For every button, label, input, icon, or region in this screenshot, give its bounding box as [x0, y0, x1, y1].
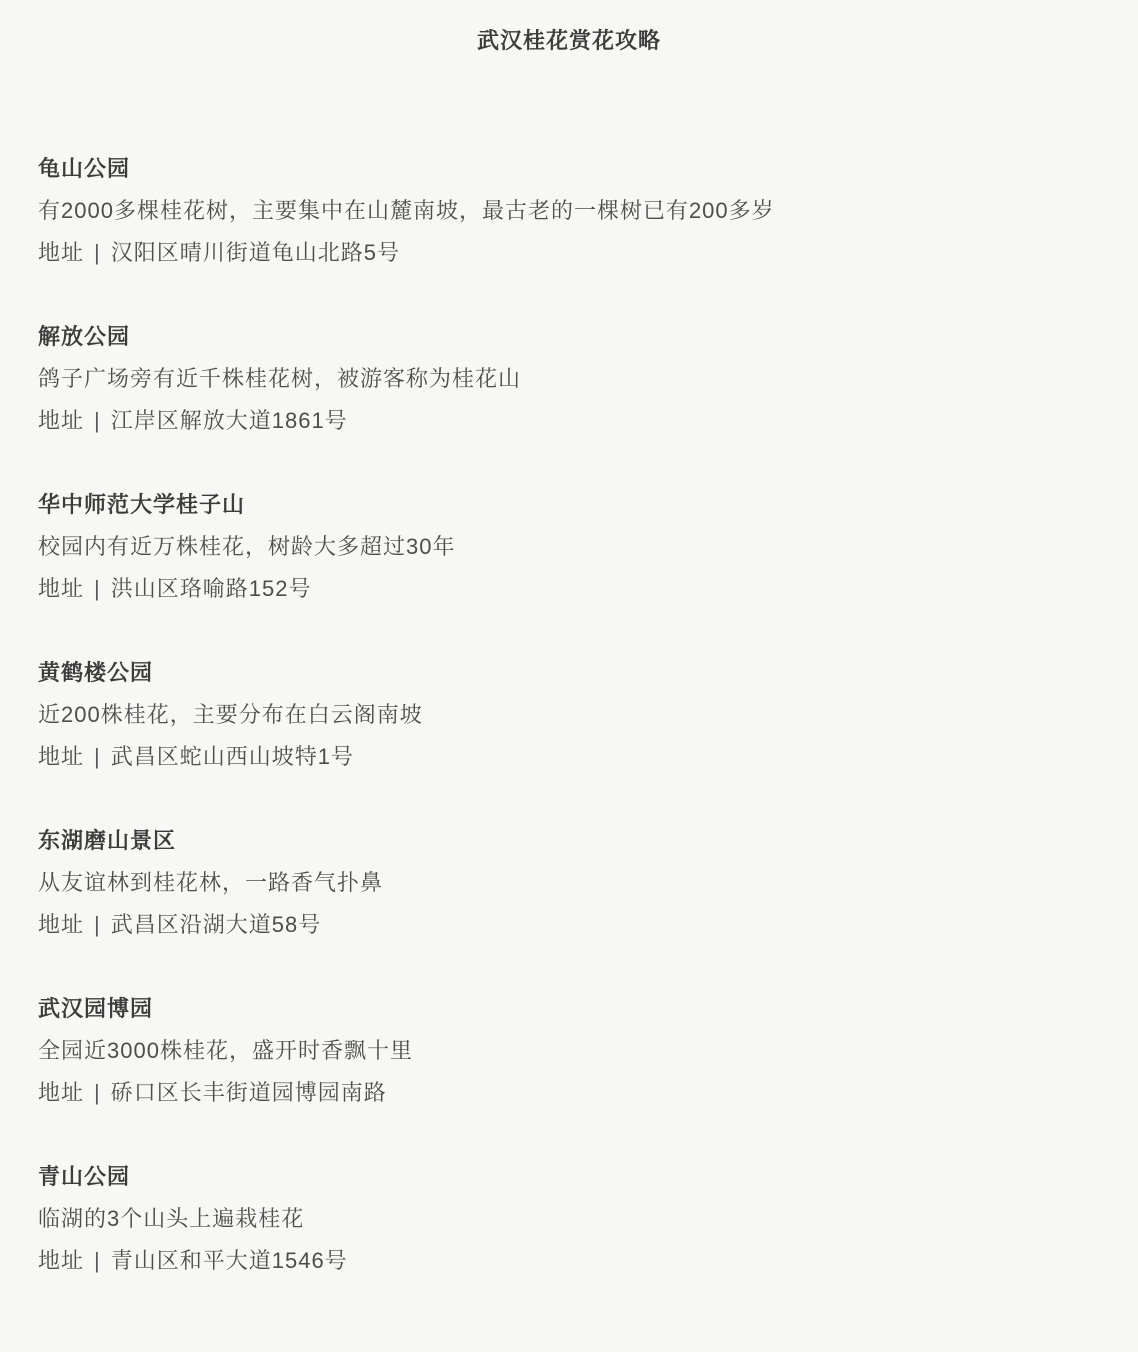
- address-row: 地址|武昌区蛇山西山坡特1号: [38, 736, 1100, 778]
- address-row: 地址|洪山区珞喻路152号: [38, 568, 1100, 610]
- address-label: 地址: [38, 904, 84, 946]
- location-section: 青山公园 临湖的3个山头上遍栽桂花 地址|青山区和平大道1546号: [38, 1156, 1100, 1282]
- location-name: 青山公园: [38, 1156, 1100, 1198]
- address-text: 硚口区长丰街道园博园南路: [111, 1072, 387, 1114]
- location-name: 华中师范大学桂子山: [38, 484, 1100, 526]
- location-section: 东湖磨山景区 从友谊林到桂花林，一路香气扑鼻 地址|武昌区沿湖大道58号: [38, 820, 1100, 946]
- address-text: 汉阳区晴川街道龟山北路5号: [111, 232, 400, 274]
- page-title: 武汉桂花赏花攻略: [38, 20, 1100, 62]
- address-row: 地址|硚口区长丰街道园博园南路: [38, 1072, 1100, 1114]
- location-section: 解放公园 鸽子广场旁有近千株桂花树，被游客称为桂花山 地址|江岸区解放大道186…: [38, 316, 1100, 442]
- address-row: 地址|汉阳区晴川街道龟山北路5号: [38, 232, 1100, 274]
- location-section: 黄鹤楼公园 近200株桂花，主要分布在白云阁南坡 地址|武昌区蛇山西山坡特1号: [38, 652, 1100, 778]
- address-row: 地址|江岸区解放大道1861号: [38, 400, 1100, 442]
- address-separator: |: [94, 1240, 101, 1282]
- address-separator: |: [94, 736, 101, 778]
- address-label: 地址: [38, 736, 84, 778]
- address-row: 地址|武昌区沿湖大道58号: [38, 904, 1100, 946]
- location-description: 临湖的3个山头上遍栽桂花: [38, 1198, 1100, 1240]
- location-name: 武汉园博园: [38, 988, 1100, 1030]
- location-description: 有2000多棵桂花树，主要集中在山麓南坡，最古老的一棵树已有200多岁: [38, 190, 1100, 232]
- address-separator: |: [94, 904, 101, 946]
- address-label: 地址: [38, 1240, 84, 1282]
- location-description: 从友谊林到桂花林，一路香气扑鼻: [38, 862, 1100, 904]
- address-label: 地址: [38, 568, 84, 610]
- location-description: 校园内有近万株桂花，树龄大多超过30年: [38, 526, 1100, 568]
- address-text: 青山区和平大道1546号: [111, 1240, 348, 1282]
- location-description: 鸽子广场旁有近千株桂花树，被游客称为桂花山: [38, 358, 1100, 400]
- location-name: 龟山公园: [38, 148, 1100, 190]
- address-separator: |: [94, 568, 101, 610]
- document-page: 武汉桂花赏花攻略 龟山公园 有2000多棵桂花树，主要集中在山麓南坡，最古老的一…: [0, 0, 1138, 1352]
- address-text: 武昌区蛇山西山坡特1号: [111, 736, 354, 778]
- address-label: 地址: [38, 1072, 84, 1114]
- location-name: 解放公园: [38, 316, 1100, 358]
- location-section: 华中师范大学桂子山 校园内有近万株桂花，树龄大多超过30年 地址|洪山区珞喻路1…: [38, 484, 1100, 610]
- location-section: 龟山公园 有2000多棵桂花树，主要集中在山麓南坡，最古老的一棵树已有200多岁…: [38, 148, 1100, 274]
- address-label: 地址: [38, 232, 84, 274]
- address-separator: |: [94, 400, 101, 442]
- location-description: 全园近3000株桂花，盛开时香飘十里: [38, 1030, 1100, 1072]
- address-text: 江岸区解放大道1861号: [111, 400, 348, 442]
- location-section: 武汉园博园 全园近3000株桂花，盛开时香飘十里 地址|硚口区长丰街道园博园南路: [38, 988, 1100, 1114]
- address-text: 武昌区沿湖大道58号: [111, 904, 321, 946]
- location-name: 黄鹤楼公园: [38, 652, 1100, 694]
- address-separator: |: [94, 1072, 101, 1114]
- address-label: 地址: [38, 400, 84, 442]
- location-name: 东湖磨山景区: [38, 820, 1100, 862]
- address-text: 洪山区珞喻路152号: [111, 568, 312, 610]
- address-row: 地址|青山区和平大道1546号: [38, 1240, 1100, 1282]
- address-separator: |: [94, 232, 101, 274]
- location-description: 近200株桂花，主要分布在白云阁南坡: [38, 694, 1100, 736]
